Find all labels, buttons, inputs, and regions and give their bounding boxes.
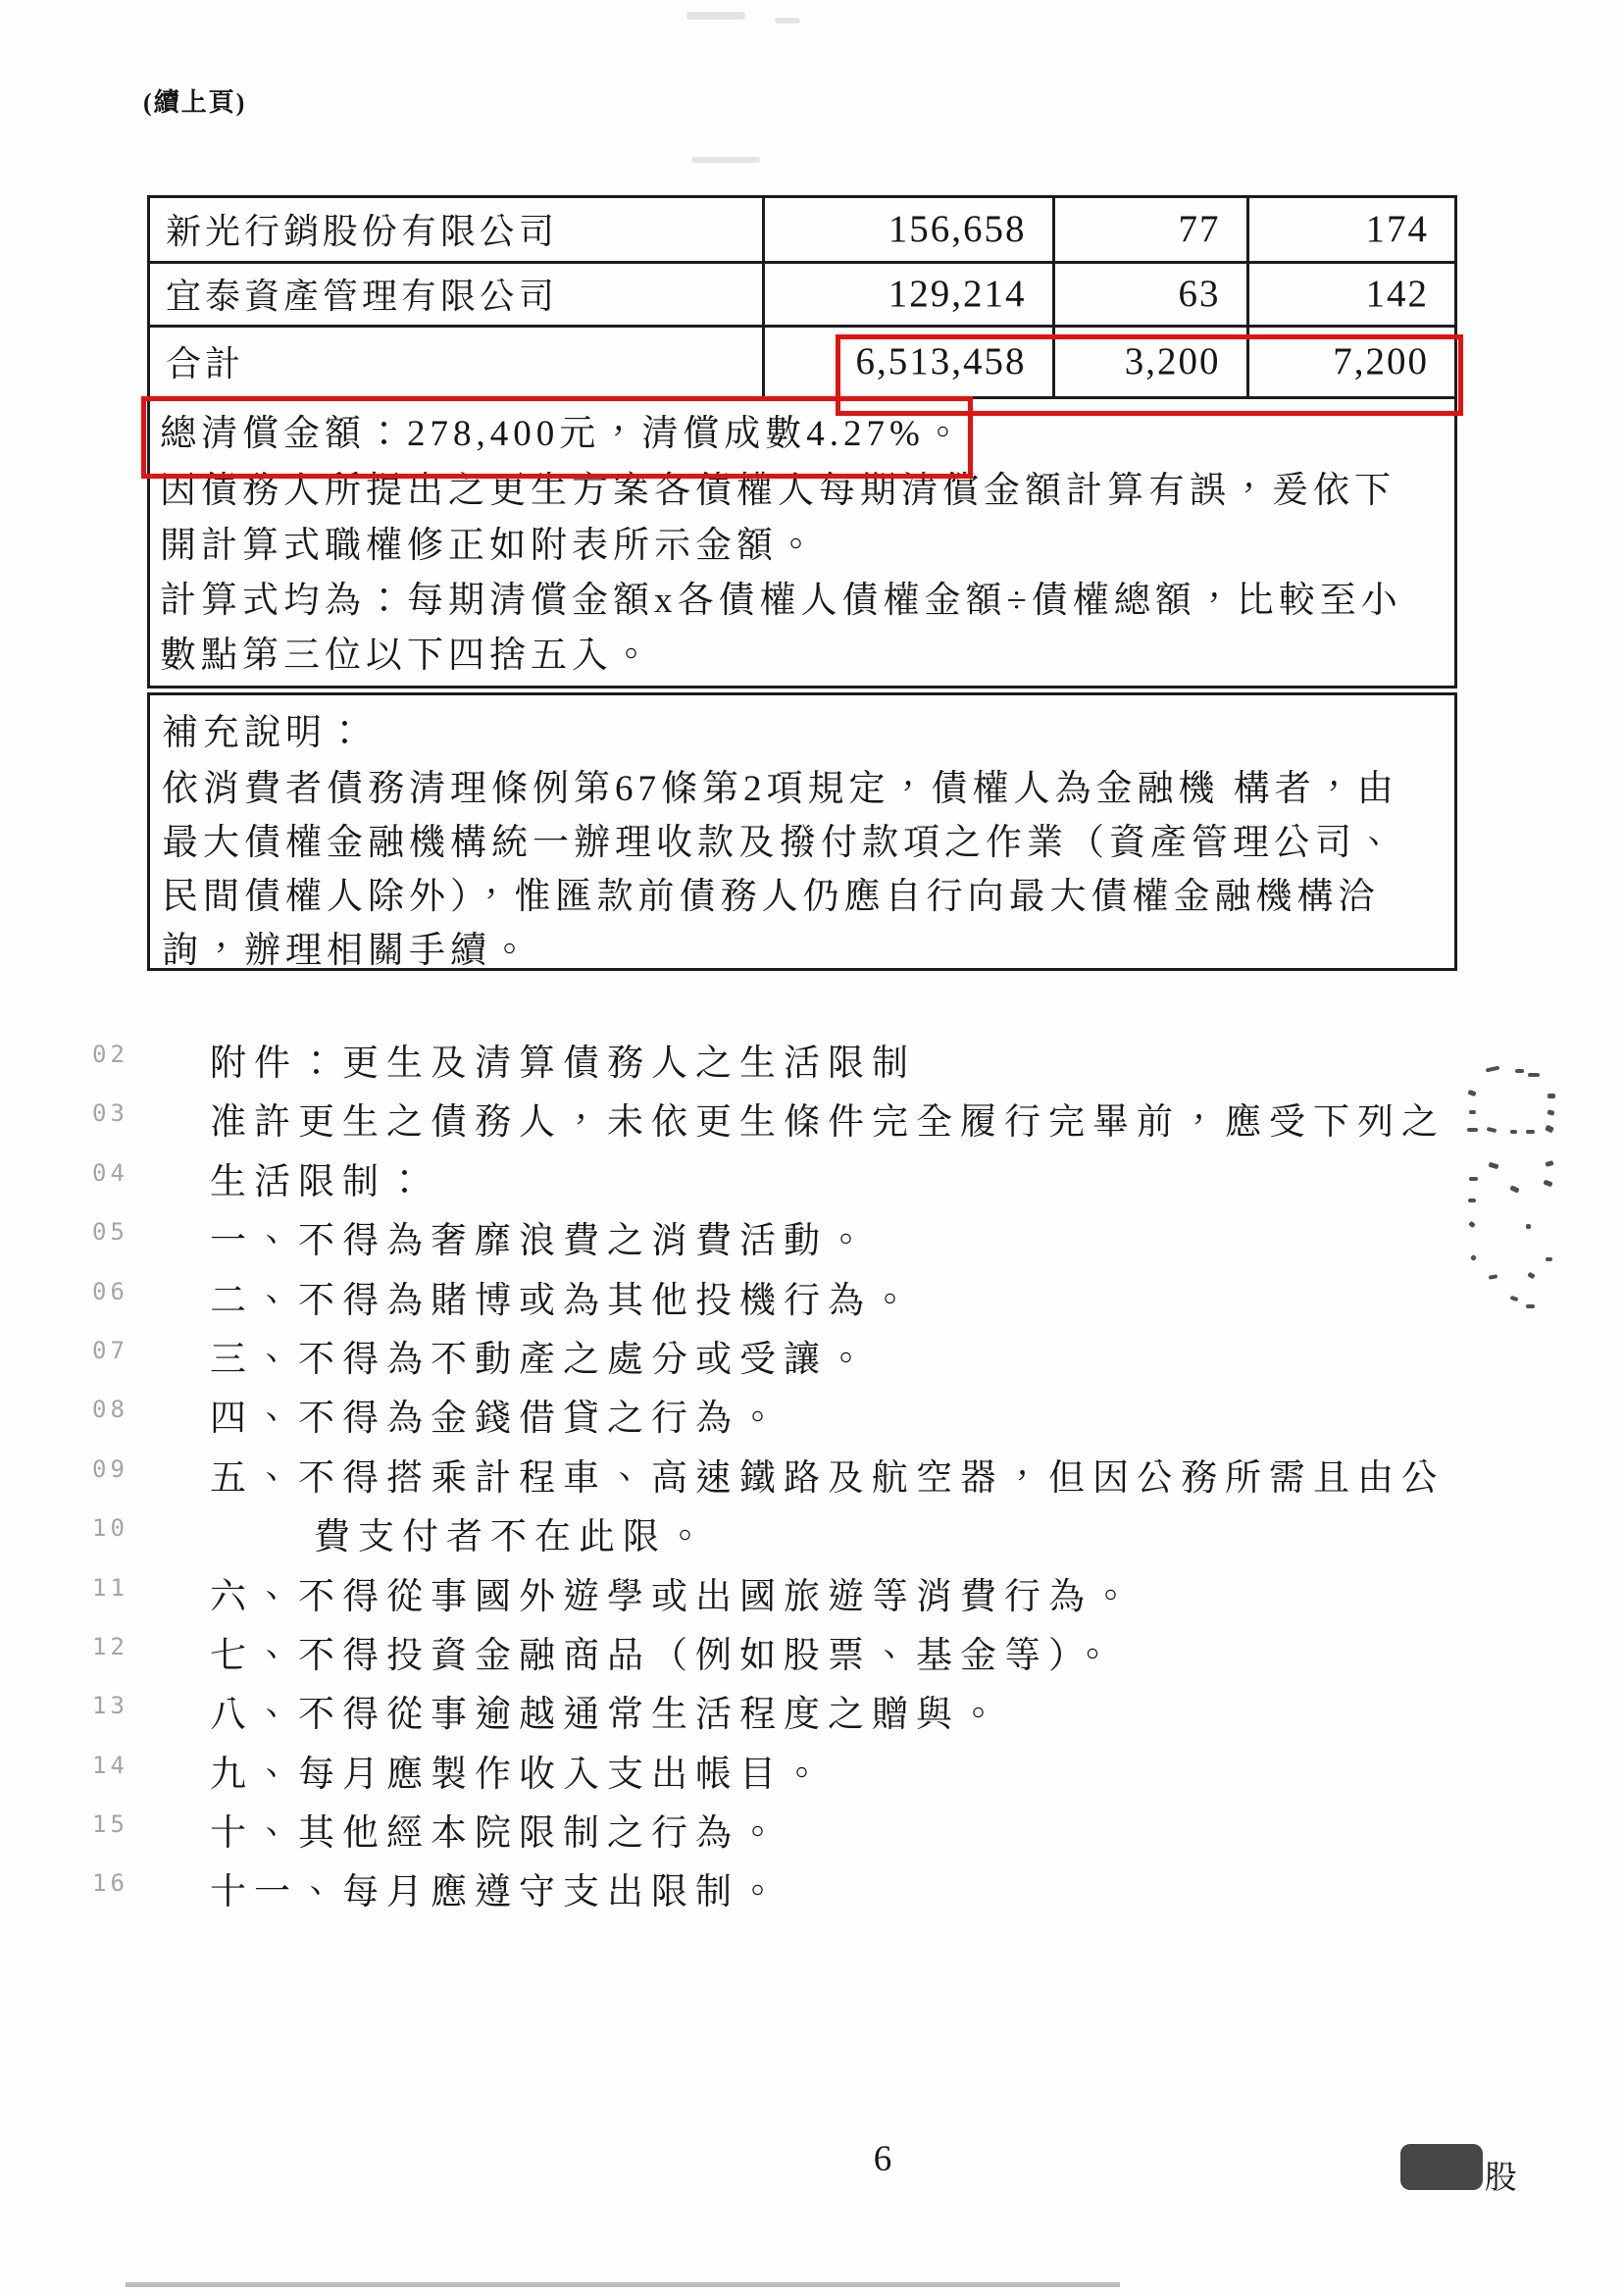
- scan-artifact: [1526, 1130, 1535, 1134]
- scan-artifact: [1510, 1130, 1517, 1134]
- claim-amount: 156,658: [763, 198, 1053, 262]
- restriction-text: 十一、每月應遵守支出限制。: [210, 1861, 784, 1914]
- total-label: 合計: [150, 326, 763, 397]
- restriction-text: 准許更生之債務人，未依更生條件完全履行完畢前，應受下列之: [210, 1092, 1446, 1145]
- scan-smudge: [775, 18, 800, 24]
- line-number: 16: [92, 1869, 147, 1897]
- table-row: 宜泰資產管理有限公司 129,214 63 142: [150, 262, 1454, 326]
- restriction-text: 費支付者不在此限。: [314, 1506, 711, 1559]
- restriction-line: 13 八、不得從事逾越通常生活程度之贈與。: [0, 1684, 1624, 1743]
- supplement-line: 詢，辦理相關手續。: [162, 924, 1443, 978]
- line-number: 13: [92, 1692, 147, 1719]
- restriction-line: 16 十一、每月應遵守支出限制。: [0, 1861, 1624, 1920]
- claim-amount: 129,214: [763, 262, 1053, 326]
- line-number: 02: [92, 1041, 147, 1068]
- restriction-text: 十、其他經本院限制之行為。: [210, 1803, 784, 1856]
- restriction-text: 一、不得為奢靡浪費之消費活動。: [210, 1210, 872, 1263]
- restriction-text: 八、不得從事逾越通常生活程度之贈與。: [210, 1684, 1004, 1737]
- highlight-box-repayment-amount: [141, 396, 973, 479]
- line-number: 12: [92, 1633, 147, 1660]
- line-number: 06: [92, 1278, 147, 1305]
- restriction-line: 14 九、每月應製作收入支出帳目。: [0, 1744, 1624, 1803]
- restriction-line: 04 生活限制：: [0, 1151, 1624, 1210]
- restriction-text: 附件：更生及清算債務人之生活限制: [210, 1033, 916, 1086]
- supplement-line: 依消費者債務清理條例第67條第2項規定，債權人為金融機 構者，由: [162, 762, 1443, 816]
- scan-artifact: [1515, 1069, 1524, 1073]
- creditor-name: 宜泰資產管理有限公司: [150, 262, 763, 326]
- restriction-line: 09 五、不得搭乘計程車、高速鐵路及航空器，但因公務所需且由公: [0, 1448, 1624, 1506]
- restriction-line: 08 四、不得為金錢借貸之行為。: [0, 1388, 1624, 1447]
- line-number: 04: [92, 1159, 147, 1187]
- scan-artifact: [1469, 1110, 1476, 1114]
- scan-edge-line: [126, 2282, 1120, 2287]
- restriction-line-continuation: 10 費支付者不在此限。: [0, 1506, 1624, 1565]
- line-number: 05: [92, 1218, 147, 1246]
- restriction-text: 九、每月應製作收入支出帳目。: [210, 1744, 828, 1797]
- restriction-text: 生活限制：: [210, 1151, 431, 1204]
- value-col3: 77: [1053, 198, 1247, 262]
- scan-smudge: [691, 157, 760, 163]
- restriction-text: 七、不得投資金融商品（例如股票、基金等）。: [210, 1625, 1119, 1678]
- scan-smudge: [686, 12, 745, 20]
- line-number: 15: [92, 1810, 147, 1838]
- scan-artifact: [1469, 1177, 1478, 1181]
- restriction-line: 11 六、不得從事國外遊學或出國旅遊等消費行為。: [0, 1566, 1624, 1625]
- restriction-line: 06 二、不得為賭博或為其他投機行為。: [0, 1270, 1624, 1329]
- scan-artifact: [1467, 1128, 1478, 1132]
- restriction-line: 03 准許更生之債務人，未依更生條件完全履行完畢前，應受下列之: [0, 1092, 1624, 1150]
- scan-artifact: [1526, 1224, 1531, 1229]
- line-number: 09: [92, 1455, 147, 1483]
- restriction-text: 四、不得為金錢借貸之行為。: [210, 1388, 784, 1441]
- supplement-line: 民間債權人除外），惟匯款前債務人仍應自行向最大債權金融機構洽: [162, 870, 1443, 924]
- formula-note-line: 計算式均為：每期清償金額x各債權人債權金額÷債權總額，比較至小: [160, 574, 1445, 629]
- supplement-box: 補充說明： 依消費者債務清理條例第67條第2項規定，債權人為金融機 構者，由 最…: [147, 692, 1457, 971]
- scan-artifact: [1548, 1094, 1555, 1098]
- scan-artifact: [1528, 1073, 1540, 1077]
- restriction-text: 二、不得為賭博或為其他投機行為。: [210, 1270, 916, 1323]
- line-number: 03: [92, 1099, 147, 1127]
- table-row: 新光行銷股份有限公司 156,658 77 174: [150, 198, 1454, 262]
- supplement-title: 補充說明：: [162, 705, 1443, 762]
- line-number: 11: [92, 1574, 147, 1602]
- scan-artifact: [1468, 1198, 1476, 1202]
- continuation-note: (續上頁): [143, 82, 246, 119]
- restriction-line: 02 附件：更生及清算債務人之生活限制: [0, 1033, 1624, 1092]
- line-number: 10: [92, 1514, 147, 1542]
- restrictions-section: 02 附件：更生及清算債務人之生活限制 03 准許更生之債務人，未依更生條件完全…: [0, 1033, 1624, 1921]
- value-col4: 142: [1247, 262, 1454, 326]
- line-number: 07: [92, 1337, 147, 1364]
- stamp-label: 股: [1485, 2152, 1517, 2198]
- line-number: 14: [92, 1752, 147, 1779]
- scan-artifact: [1546, 1257, 1552, 1261]
- value-col3: 63: [1053, 262, 1247, 326]
- restriction-line: 15 十、其他經本院限制之行為。: [0, 1803, 1624, 1861]
- page-number: 6: [861, 2138, 904, 2180]
- value-col4: 174: [1247, 198, 1454, 262]
- redaction-box: [1400, 2144, 1483, 2190]
- line-number: 08: [92, 1396, 147, 1423]
- restriction-line: 05 一、不得為奢靡浪費之消費活動。: [0, 1210, 1624, 1269]
- restriction-line: 12 七、不得投資金融商品（例如股票、基金等）。: [0, 1625, 1624, 1684]
- scan-artifact: [1526, 1304, 1535, 1308]
- creditor-name: 新光行銷股份有限公司: [150, 198, 763, 262]
- correction-note-line: 開計算式職權修正如附表所示金額。: [160, 519, 1445, 574]
- restriction-text: 六、不得從事國外遊學或出國旅遊等消費行為。: [210, 1566, 1137, 1619]
- restriction-text: 五、不得搭乘計程車、高速鐵路及航空器，但因公務所需且由公: [210, 1448, 1446, 1501]
- restriction-line: 07 三、不得為不動產之處分或受讓。: [0, 1329, 1624, 1388]
- formula-note-line: 數點第三位以下四捨五入。: [160, 629, 1445, 684]
- document-page: (續上頁) 新光行銷股份有限公司 156,658 77 174 宜泰資產管理有限…: [0, 0, 1624, 2294]
- restriction-text: 三、不得為不動產之處分或受讓。: [210, 1329, 872, 1382]
- supplement-line: 最大債權金融機構統一辦理收款及撥付款項之作業（資產管理公司、: [162, 816, 1443, 870]
